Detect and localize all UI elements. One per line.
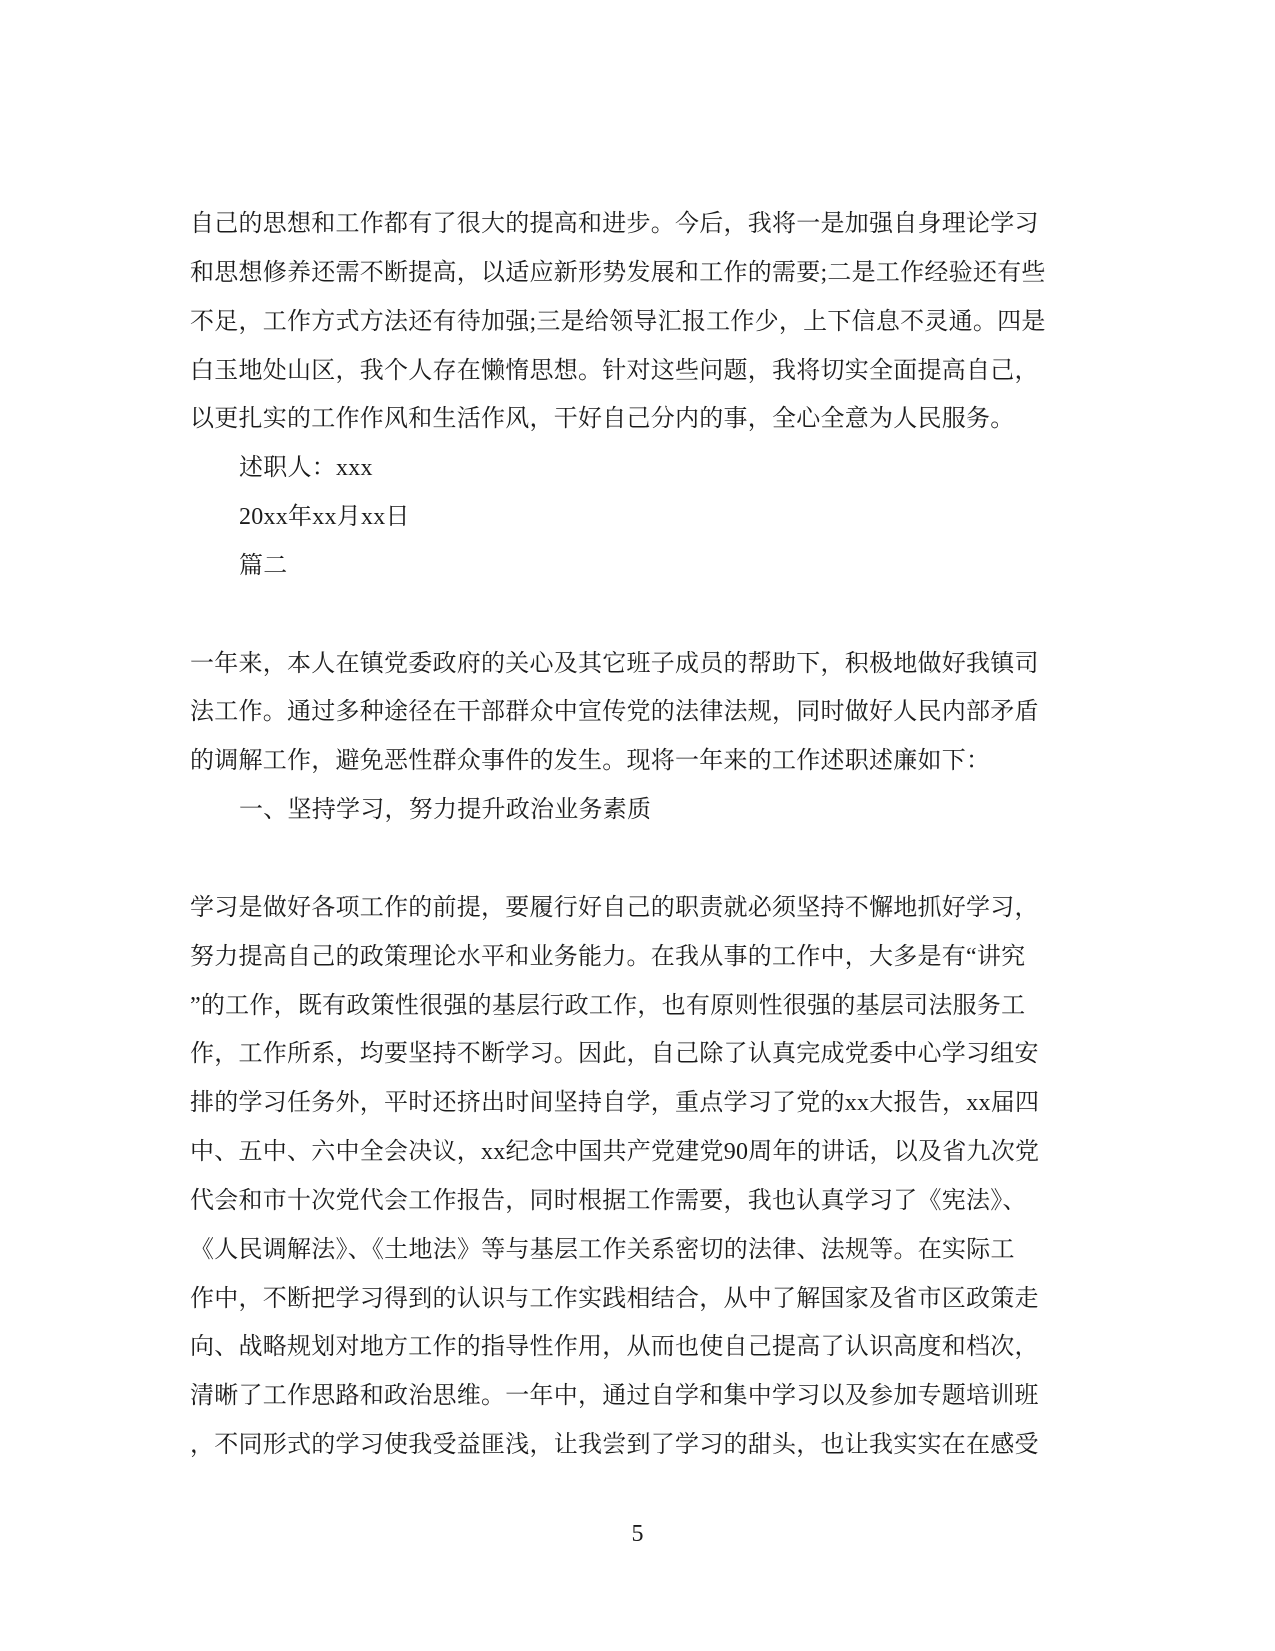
- text-line: 《人民调解法》、《土地法》等与基层工作关系密切的法律、法规等。在实际工: [190, 1226, 1085, 1275]
- text-line: 一、坚持学习，努力提升政治业务素质: [190, 786, 1085, 835]
- text-line: 不足，工作方式方法还有待加强;三是给领导汇报工作少，上下信息不灵通。四是: [190, 298, 1085, 347]
- document-page: { "page": { "number": "5", "background_c…: [0, 0, 1275, 1651]
- text-line: 作中，不断把学习得到的认识与工作实践相结合，从中了解国家及省市区政策走: [190, 1275, 1085, 1324]
- text-line: 20xx年xx月xx日: [190, 493, 1085, 542]
- text-line: 白玉地处山区，我个人存在懒惰思想。针对这些问题，我将切实全面提高自己，: [190, 347, 1085, 396]
- text-line: 努力提高自己的政策理论水平和业务能力。在我从事的工作中，大多是有“讲究: [190, 933, 1085, 982]
- text-line: 清晰了工作思路和政治思维。一年中，通过自学和集中学习以及参加专题培训班: [190, 1372, 1085, 1421]
- text-line: 学习是做好各项工作的前提，要履行好自己的职责就必须坚持不懈地抓好学习，: [190, 884, 1085, 933]
- blank-line: [190, 835, 1085, 884]
- body-text: 自己的思想和工作都有了很大的提高和进步。今后，我将一是加强自身理论学习和思想修养…: [190, 200, 1085, 1470]
- text-line: 作，工作所系，均要坚持不断学习。因此，自己除了认真完成党委中心学习组安: [190, 1030, 1085, 1079]
- text-line: 自己的思想和工作都有了很大的提高和进步。今后，我将一是加强自身理论学习: [190, 200, 1085, 249]
- text-line: 和思想修养还需不断提高，以适应新形势发展和工作的需要;二是工作经验还有些: [190, 249, 1085, 298]
- text-line: 的调解工作，避免恶性群众事件的发生。现将一年来的工作述职述廉如下：: [190, 737, 1085, 786]
- text-line: 以更扎实的工作作风和生活作风，干好自己分内的事，全心全意为人民服务。: [190, 395, 1085, 444]
- text-line: 排的学习任务外，平时还挤出时间坚持自学，重点学习了党的xx大报告，xx届四: [190, 1079, 1085, 1128]
- page-canvas: 自己的思想和工作都有了很大的提高和进步。今后，我将一是加强自身理论学习和思想修养…: [0, 0, 1275, 1651]
- text-line: 一年来，本人在镇党委政府的关心及其它班子成员的帮助下，积极地做好我镇司: [190, 640, 1085, 689]
- blank-line: [190, 591, 1085, 640]
- text-line: ”的工作，既有政策性很强的基层行政工作，也有原则性很强的基层司法服务工: [190, 982, 1085, 1031]
- text-line: 代会和市十次党代会工作报告，同时根据工作需要，我也认真学习了《宪法》、: [190, 1177, 1085, 1226]
- text-line: 中、五中、六中全会决议，xx纪念中国共产党建党90周年的讲话，以及省九次党: [190, 1128, 1085, 1177]
- text-line: 向、战略规划对地方工作的指导性作用，从而也使自己提高了认识高度和档次，: [190, 1323, 1085, 1372]
- text-line: ，不同形式的学习使我受益匪浅，让我尝到了学习的甜头，也让我实实在在感受: [190, 1421, 1085, 1470]
- text-line: 篇二: [190, 542, 1085, 591]
- text-line: 法工作。通过多种途径在干部群众中宣传党的法律法规，同时做好人民内部矛盾: [190, 688, 1085, 737]
- text-line: 述职人：xxx: [190, 444, 1085, 493]
- page-number: 5: [0, 1520, 1275, 1548]
